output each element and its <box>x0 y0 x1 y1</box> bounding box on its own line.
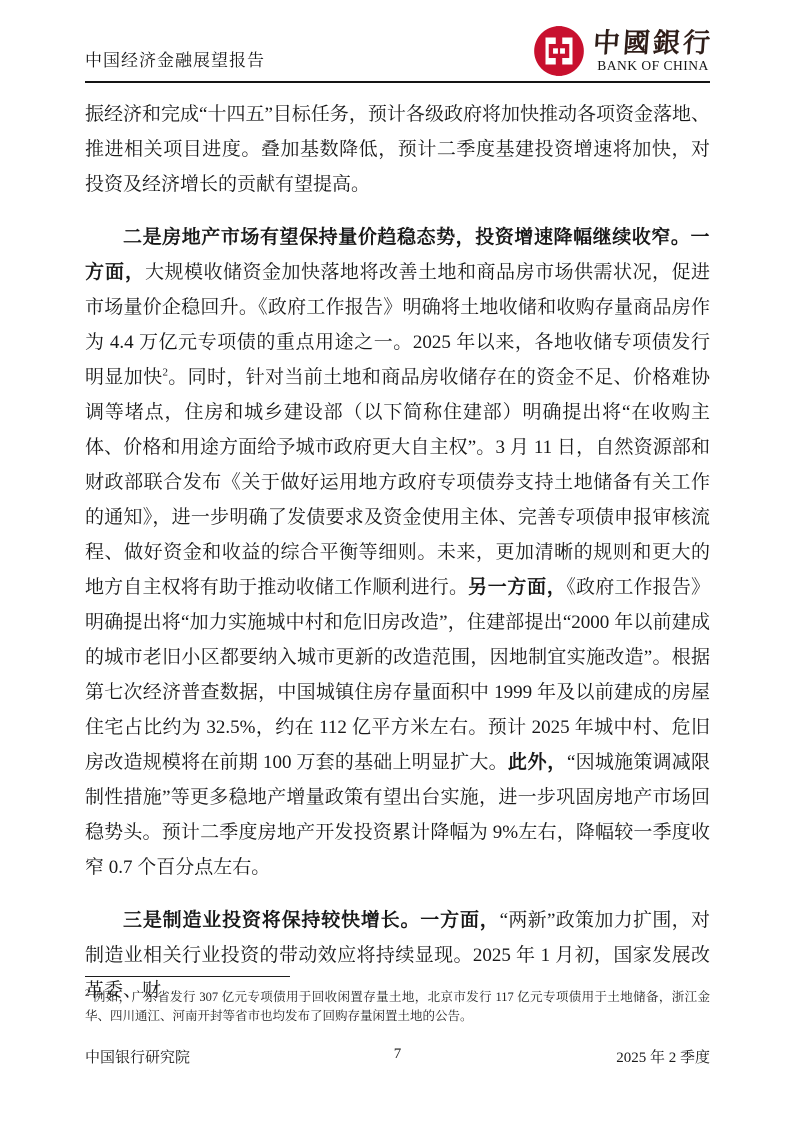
footnote-marker: 2 <box>85 988 90 998</box>
body-paragraphs: 振经济和完成“十四五”目标任务，预计各级政府将加快推动各项资金落地、推进相关项目… <box>85 97 710 1008</box>
page: 中国经济金融展望报告 中國銀行 BANK OF CHINA 振经济和完成“十四五… <box>0 0 793 1121</box>
footer-institute: 中国银行研究院 <box>85 1046 190 1067</box>
text-segment: 三是制造业投资将保持较快增长。一方面， <box>123 910 500 931</box>
text-segment: 振经济和完成“十四五”目标任务，预计各级政府将加快推动各项资金落地、推进相关项目… <box>85 104 710 195</box>
text-segment: 另一方面， <box>468 577 566 598</box>
boc-logo-text: 中國銀行 BANK OF CHINA <box>593 28 713 74</box>
text-segment: 此外， <box>508 752 567 773</box>
page-number: 7 <box>394 1046 402 1063</box>
paragraph: 二是房地产市场有望保持量价趋稳态势，投资增速降幅继续收窄。一方面，大规模收储资金… <box>85 220 710 885</box>
boc-emblem-icon <box>532 24 586 78</box>
page-footer: 中国银行研究院 7 2025 年 2 季度 <box>85 1046 710 1067</box>
text-segment: 《政府工作报告》明确提出将“加力实施城中村和危旧房改造”，住建部提出“2000 … <box>85 577 710 773</box>
footnote-text: 2例如，广东省发行 307 亿元专项债用于回收闲置存量土地，北京市发行 117 … <box>85 984 710 1026</box>
footnote-area: 2例如，广东省发行 307 亿元专项债用于回收闲置存量土地，北京市发行 117 … <box>85 976 710 1026</box>
footnote-divider <box>85 976 290 977</box>
report-title: 中国经济金融展望报告 <box>85 46 265 78</box>
text-segment: 。同时，针对当前土地和商品房收储存在的资金不足、价格难协调等堵点，住房和城乡建设… <box>85 367 710 598</box>
paragraph: 振经济和完成“十四五”目标任务，预计各级政府将加快推动各项资金落地、推进相关项目… <box>85 97 710 202</box>
boc-logo-en-name: BANK OF CHINA <box>597 58 709 74</box>
report-header: 中国经济金融展望报告 中國銀行 BANK OF CHINA <box>0 0 793 78</box>
header-divider <box>85 81 710 83</box>
footer-edition: 2025 年 2 季度 <box>616 1046 710 1067</box>
boc-logo: 中國銀行 BANK OF CHINA <box>532 24 713 78</box>
boc-logo-cn-name: 中國銀行 <box>592 28 714 58</box>
footnote-body: 例如，广东省发行 307 亿元专项债用于回收闲置存量土地，北京市发行 117 亿… <box>85 990 710 1023</box>
